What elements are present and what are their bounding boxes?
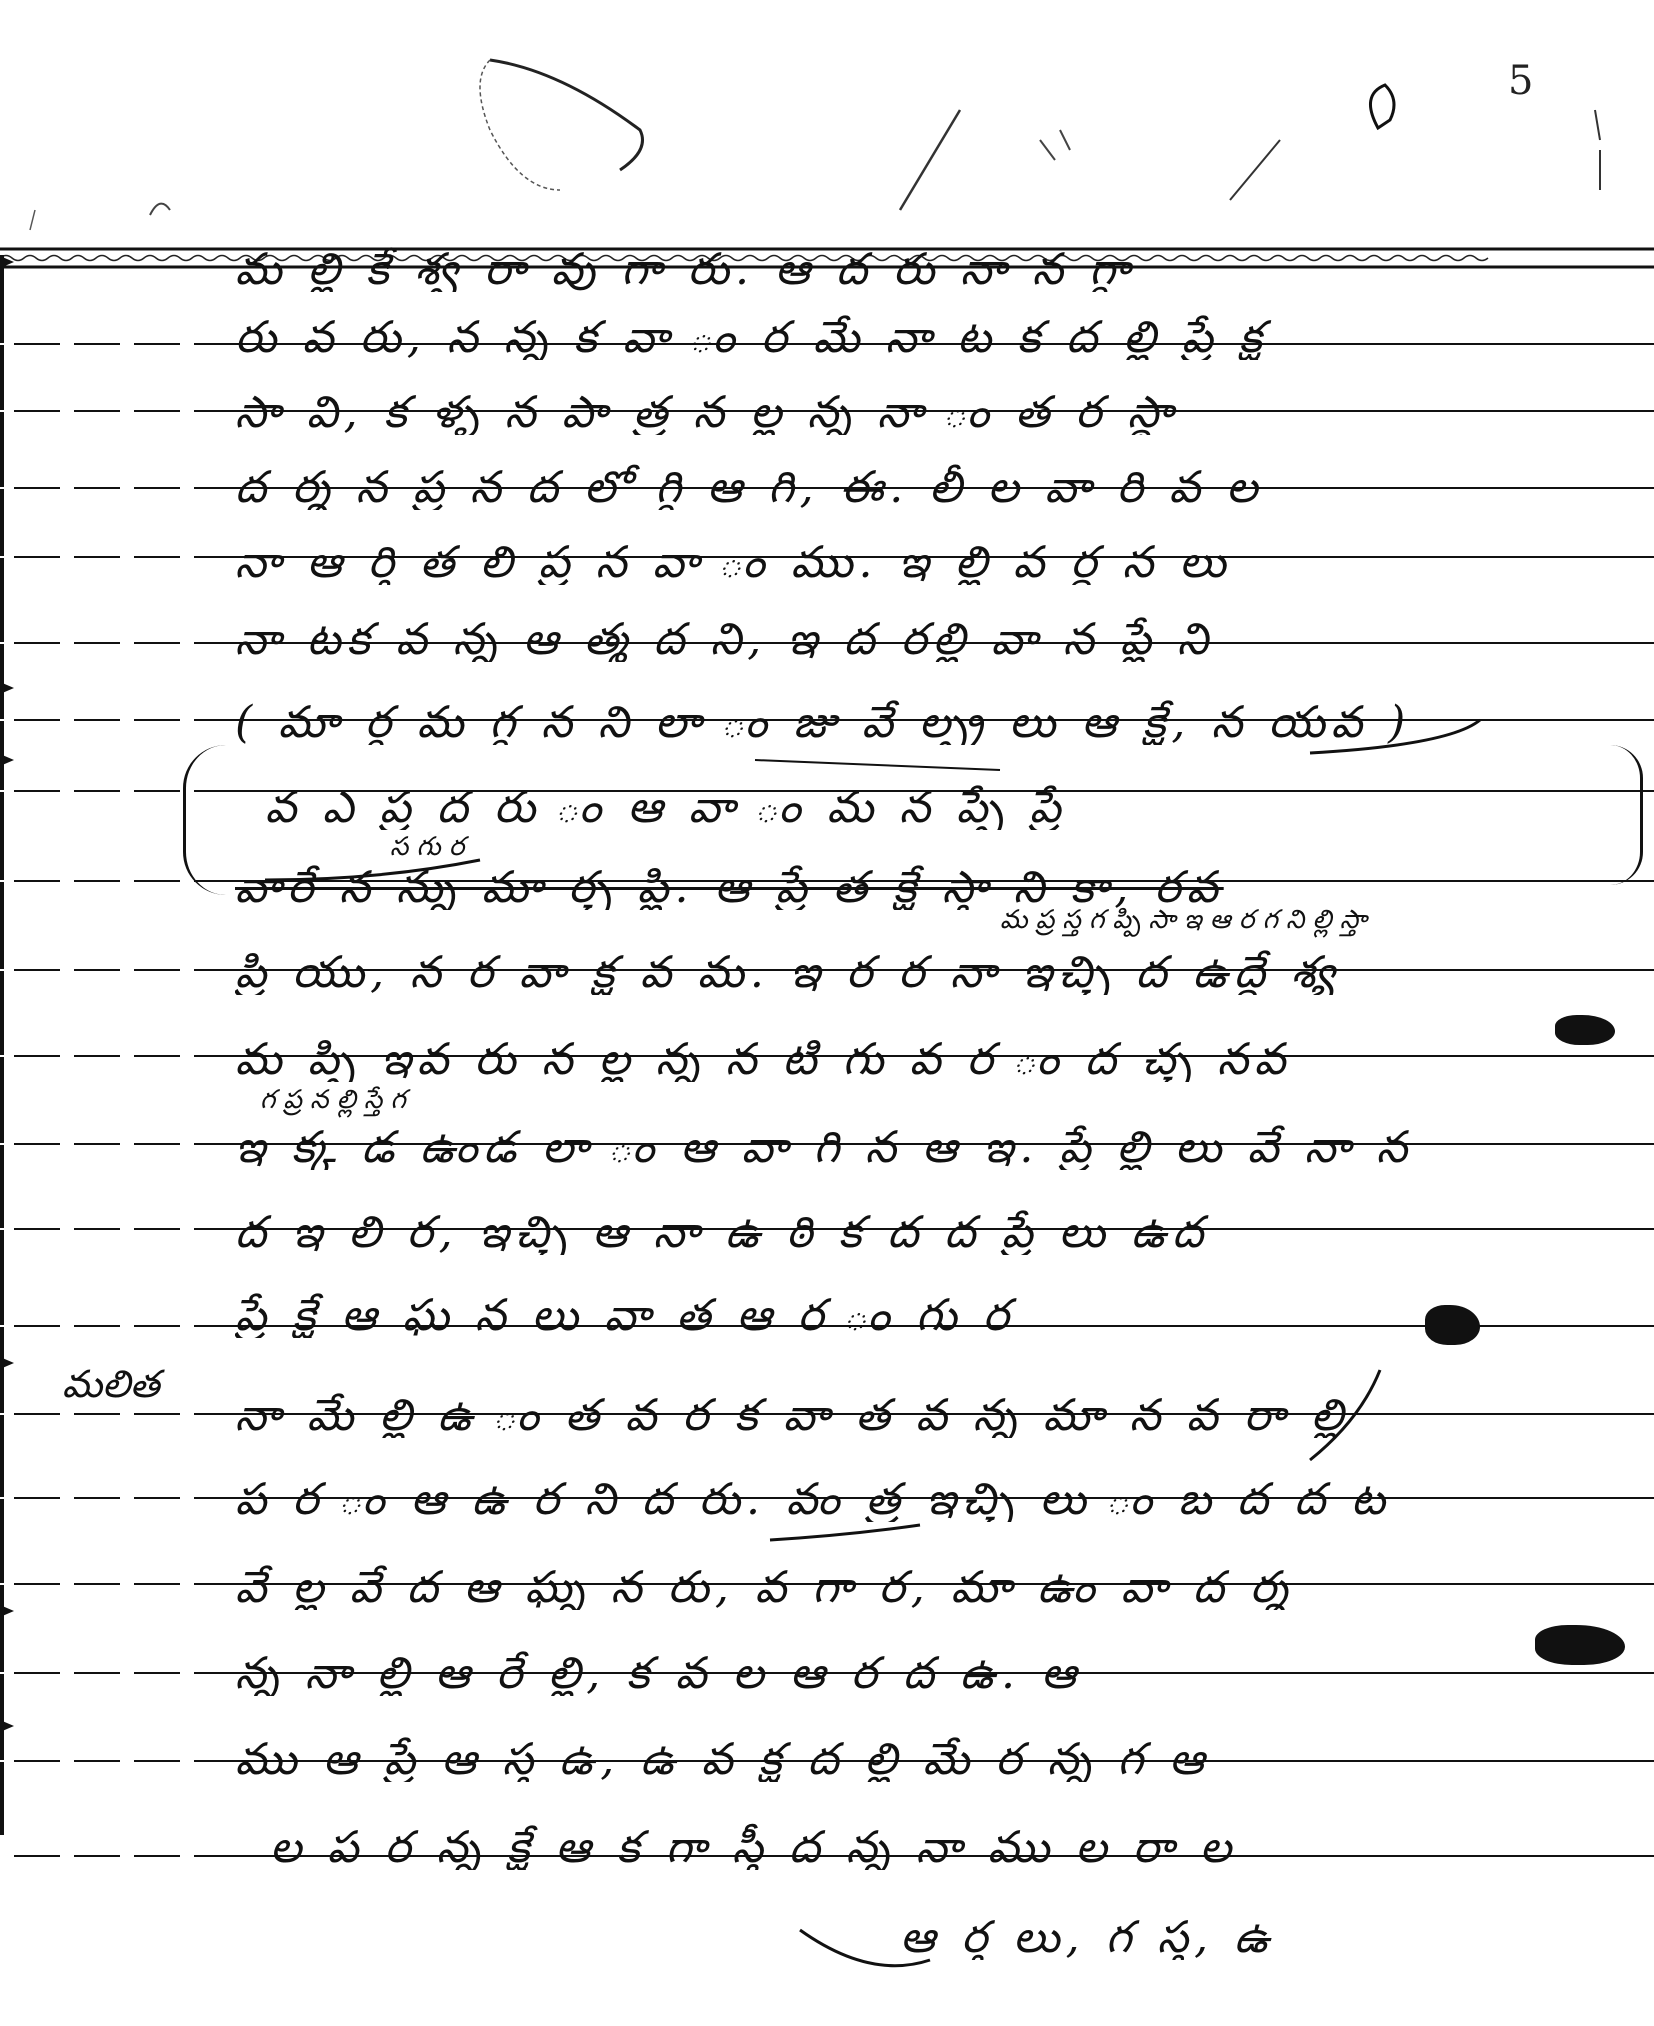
manuscript-page: 5 మ ల్లి కే శ్వ రా వు గా రు. ఆ ద రు నా న… [0,0,1654,2026]
annotation-strokes [0,0,1654,2026]
